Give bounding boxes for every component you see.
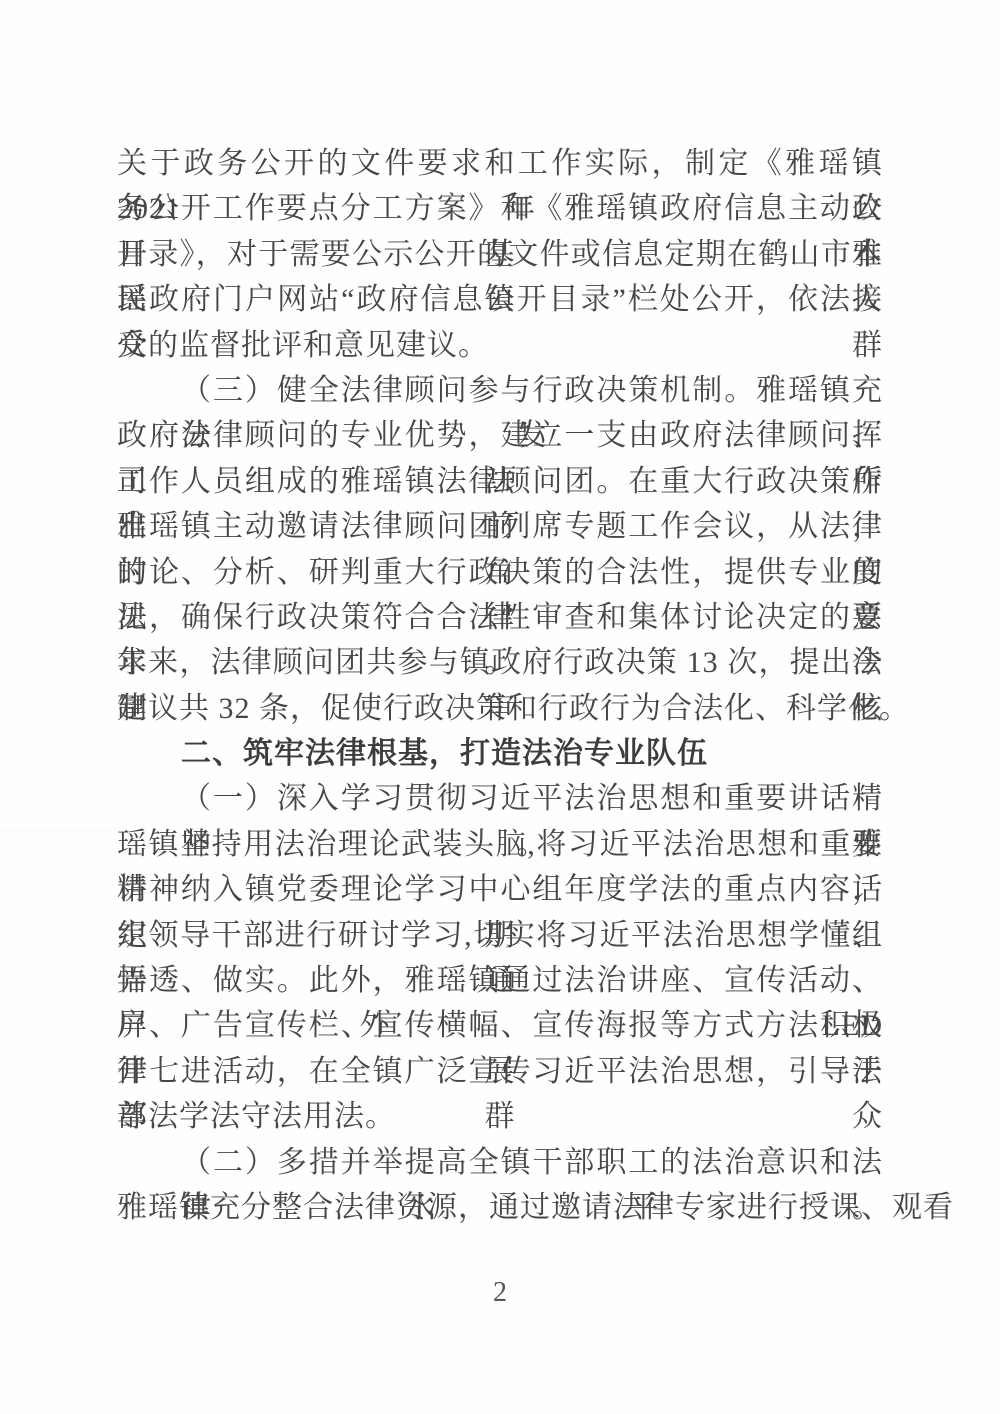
text-line: 二、筑牢法律根基，打造法治专业队伍 [117, 731, 883, 776]
text-line: （一）深入学习贯彻习近平法治思想和重要讲话精神。雅 [117, 776, 883, 821]
text-line: 织领导干部进行研讨学习,切实将习近平法治思想学懂、弄通、 [117, 913, 883, 958]
text-line: 见，确保行政决策符合合法性审查和集体讨论决定的要求。今 [117, 595, 883, 640]
heading-section-2: 二、筑牢法律根基，打造法治专业队伍 [117, 731, 883, 776]
scan-edge-artifact [0, 830, 112, 831]
text-line: 屏、广告宣传栏、宣传横幅、宣传海报等方式方法积极开展法 [117, 1003, 883, 1048]
text-line: 工作人员组成的雅瑶镇法律顾问团。在重大行政决策作出前， [117, 459, 883, 504]
text-line: 瑶镇坚持用法治理论武装头脑,将习近平法治思想和重要讲话 [117, 822, 883, 867]
document-page: 关于政务公开的文件要求和工作实际，制定《雅瑶镇 2021 年政务公开工作要点分工… [0, 0, 1000, 1414]
text-line: 关于政务公开的文件要求和工作实际，制定《雅瑶镇 2021 年政 [117, 141, 883, 186]
text-line: 讨论、分析、研判重大行政决策的合法性，提供专业的法律意 [117, 550, 883, 595]
text-line: 律七进活动，在全镇广泛宣传习近平法治思想，引导干部群众 [117, 1049, 883, 1094]
text-line: 民政府门户网站“政府信息公开目录”栏处公开，依法接受群 [117, 277, 883, 322]
paragraph-section-2-duocuo-bingju: （二）多措并举提高全镇干部职工的法治意识和法律水平。雅瑶镇充分整合法律资源，通过… [117, 1140, 883, 1231]
paragraph-section-1-xuexi-guanche: （一）深入学习贯彻习近平法治思想和重要讲话精神。雅瑶镇坚持用法治理论武装头脑,将… [117, 776, 883, 1139]
paragraph-section-3-legal-advisors: （三）健全法律顾问参与行政决策机制。雅瑶镇充分发挥政府法律顾问的专业优势，建立一… [117, 368, 883, 731]
paragraph-continuation-zhengwu-gongkai: 关于政务公开的文件要求和工作实际，制定《雅瑶镇 2021 年政务公开工作要点分工… [117, 141, 883, 368]
text-line: 政府法律顾问的专业优势，建立一支由政府法律顾问、司法所 [117, 413, 883, 458]
text-line: 目录》，对于需要公示公开的文件或信息定期在鹤山市雅瑶镇人 [117, 232, 883, 277]
text-line: （三）健全法律顾问参与行政决策机制。雅瑶镇充分发挥 [117, 368, 883, 413]
text-line: 悟透、做实。此外，雅瑶镇通过法治讲座、宣传活动、户外 LED [117, 958, 883, 1003]
text-line: 雅瑶镇主动邀请法律顾问团列席专题工作会议，从法律的角度 [117, 504, 883, 549]
text-line: 精神纳入镇党委理论学习中心组年度学法的重点内容，定期组 [117, 867, 883, 912]
text-line: 年来，法律顾问团共参与镇政府行政决策 13 次，提出法制审核 [117, 640, 883, 685]
text-line: 雅瑶镇充分整合法律资源，通过邀请法律专家进行授课、观看 [117, 1185, 883, 1230]
document-body: 关于政务公开的文件要求和工作实际，制定《雅瑶镇 2021 年政务公开工作要点分工… [117, 141, 883, 1230]
text-line: 务公开工作要点分工方案》和《雅瑶镇政府信息主动公开基本 [117, 186, 883, 231]
text-line: 建议共 32 条，促使行政决策和行政行为合法化、科学化。 [117, 686, 883, 731]
text-line: （二）多措并举提高全镇干部职工的法治意识和法律水平。 [117, 1140, 883, 1185]
page-number: 2 [0, 1277, 1000, 1309]
